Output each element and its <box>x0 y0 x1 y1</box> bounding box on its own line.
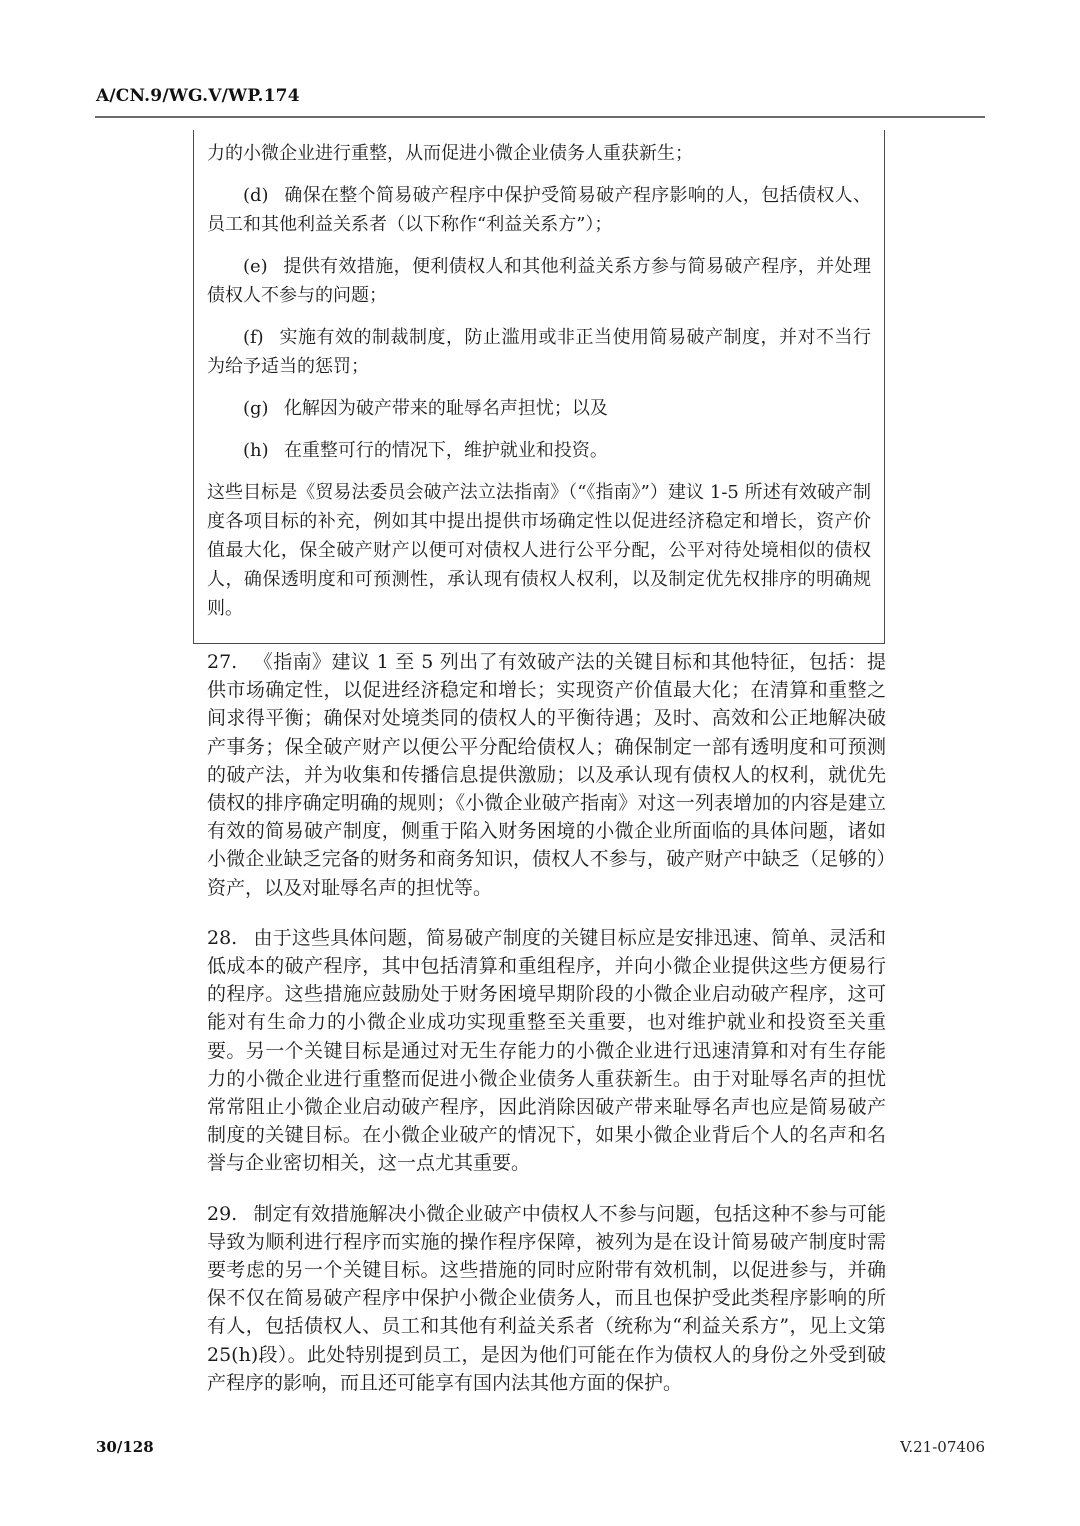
paragraph-number: 28. <box>207 927 237 949</box>
box-item-text: 在重整可行的情况下，维护就业和投资。 <box>284 440 608 461</box>
box-item-text: 实施有效的制裁制度，防止滥用或非正当使用简易破产制度，并对不当行为给予适当的惩罚… <box>207 327 871 377</box>
box-item-label: (g) <box>243 398 269 419</box>
box-item-label: (e) <box>243 256 268 277</box>
box-item-label: (f) <box>243 327 264 348</box>
paragraph-27: 27.《指南》建议 1 至 5 列出了有效破产法的关键目标和其他特征，包括：提供… <box>207 648 886 902</box>
paragraph-number: 29. <box>207 1203 237 1225</box>
box-item-e: (e)提供有效措施，便利债权人和其他利益关系方参与简易破产程序，并处理债权人不参… <box>207 252 871 310</box>
box-closing-paragraph: 这些目标是《贸易法委员会破产法立法指南》（“《指南》”）建议 1-5 所述有效破… <box>207 478 871 623</box>
document-page: A/CN.9/WG.V/WP.174 力的小微企业进行重整，从而促进小微企业债务… <box>0 0 1080 1526</box>
recommendation-box: 力的小微企业进行重整，从而促进小微企业债务人重获新生； (d)确保在整个简易破产… <box>193 130 885 644</box>
box-item-text: 化解因为破产带来的耻辱名声担忧；以及 <box>284 398 608 419</box>
paragraph-number: 27. <box>207 651 237 673</box>
box-item-label: (h) <box>243 440 269 461</box>
box-item-text: 确保在整个简易破产程序中保护受简易破产程序影响的人，包括债权人、员工和其他利益关… <box>207 185 871 235</box>
footer-page-number: 30/128 <box>96 1438 154 1456</box>
document-symbol: A/CN.9/WG.V/WP.174 <box>96 86 300 106</box>
header-rule <box>95 116 985 118</box>
footer-document-id: V.21-07406 <box>900 1438 985 1456</box>
body-text: 27.《指南》建议 1 至 5 列出了有效破产法的关键目标和其他特征，包括：提供… <box>207 648 886 1419</box>
box-item-text: 提供有效措施，便利债权人和其他利益关系方参与简易破产程序，并处理债权人不参与的问… <box>207 256 871 306</box>
box-item-g: (g)化解因为破产带来的耻辱名声担忧；以及 <box>207 394 871 423</box>
paragraph-29: 29.制定有效措施解决小微企业破产中债权人不参与问题，包括这种不参与可能导致为顺… <box>207 1200 886 1397</box>
box-item-label: (d) <box>243 185 269 206</box>
paragraph-text: 由于这些具体问题，简易破产制度的关键目标应是安排迅速、简单、灵活和低成本的破产程… <box>207 927 886 1175</box>
box-item-h: (h)在重整可行的情况下，维护就业和投资。 <box>207 436 871 465</box>
paragraph-text: 制定有效措施解决小微企业破产中债权人不参与问题，包括这种不参与可能导致为顺利进行… <box>207 1203 886 1394</box>
paragraph-28: 28.由于这些具体问题，简易破产制度的关键目标应是安排迅速、简单、灵活和低成本的… <box>207 924 886 1178</box>
box-continuation-line: 力的小微企业进行重整，从而促进小微企业债务人重获新生； <box>207 139 871 168</box>
box-item-d: (d)确保在整个简易破产程序中保护受简易破产程序影响的人，包括债权人、员工和其他… <box>207 181 871 239</box>
paragraph-text: 《指南》建议 1 至 5 列出了有效破产法的关键目标和其他特征，包括：提供市场确… <box>207 651 886 899</box>
box-item-f: (f)实施有效的制裁制度，防止滥用或非正当使用简易破产制度，并对不当行为给予适当… <box>207 323 871 381</box>
